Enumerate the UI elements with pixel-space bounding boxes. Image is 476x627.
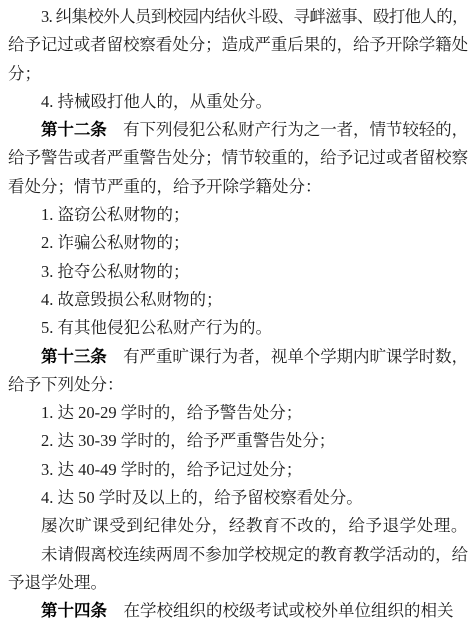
line-text: 3. 达 40-49 学时的，给予记过处分； xyxy=(41,460,302,479)
line-text: 未请假离校连续两周不参加学校规定的教育教学活动的，给 xyxy=(41,545,468,564)
text-line: 3. 纠集校外人员到校园内结伙斗殴、寻衅滋事、殴打他人的， xyxy=(8,3,468,31)
line-text: 分； xyxy=(8,64,41,83)
line-text: 5. 有其他侵犯公私财产行为的。 xyxy=(41,318,272,337)
article-heading-line: 第十二条 有下列侵犯公私财产行为之一者，情节较轻的， xyxy=(8,116,468,144)
line-text: 3. 抢夺公私财物的； xyxy=(41,262,190,281)
article-heading-line: 第十三条 有严重旷课行为者，视单个学期内旷课学时数， xyxy=(8,343,468,371)
line-text: 4. 达 50 学时及以上的，给予留校察看处分。 xyxy=(41,488,363,507)
text-line: 1. 达 20-29 学时的，给予警告处分； xyxy=(8,399,468,427)
text-line: 给予警告或者严重警告处分；情节较重的，给予记过或者留校察 xyxy=(8,144,468,172)
text-line: 看处分；情节严重的，给予开除学籍处分： xyxy=(8,173,468,201)
document-page: 3. 纠集校外人员到校园内结伙斗殴、寻衅滋事、殴打他人的，给予记过或者留校察看处… xyxy=(0,0,476,627)
text-line: 3. 抢夺公私财物的； xyxy=(8,258,468,286)
line-text: 4. 持械殴打他人的，从重处分。 xyxy=(41,92,272,111)
text-line: 1. 盗窃公私财物的； xyxy=(8,201,468,229)
text-line: 屡次旷课受到纪律处分，经教育不改的，给予退学处理。 xyxy=(8,512,468,540)
line-text: 2. 诈骗公私财物的； xyxy=(41,233,190,252)
article-number-bold: 第十三条 xyxy=(41,347,107,366)
document-body: 3. 纠集校外人员到校园内结伙斗殴、寻衅滋事、殴打他人的，给予记过或者留校察看处… xyxy=(0,0,476,626)
text-line: 4. 达 50 学时及以上的，给予留校察看处分。 xyxy=(8,484,468,512)
line-text: 予退学处理。 xyxy=(8,573,107,592)
line-text: 有严重旷课行为者，视单个学期内旷课学时数， xyxy=(107,347,468,366)
line-text: 给予下列处分： xyxy=(8,375,124,394)
text-line: 2. 诈骗公私财物的； xyxy=(8,229,468,257)
line-text: 4. 故意毁损公私财物的； xyxy=(41,290,223,309)
text-line: 予退学处理。 xyxy=(8,569,468,597)
text-line: 5. 有其他侵犯公私财产行为的。 xyxy=(8,314,468,342)
text-line: 4. 故意毁损公私财物的； xyxy=(8,286,468,314)
line-text: 1. 达 20-29 学时的，给予警告处分； xyxy=(41,403,302,422)
line-text: 在学校组织的校级考试或校外单位组织的相关 xyxy=(107,601,454,620)
text-line: 4. 持械殴打他人的，从重处分。 xyxy=(8,88,468,116)
line-text: 有下列侵犯公私财产行为之一者，情节较轻的， xyxy=(107,120,468,139)
line-text: 2. 达 30-39 学时的，给予严重警告处分； xyxy=(41,431,335,450)
text-line: 3. 达 40-49 学时的，给予记过处分； xyxy=(8,456,468,484)
line-text: 屡次旷课受到纪律处分，经教育不改的，给予退学处理。 xyxy=(41,516,468,535)
text-line: 给予记过或者留校察看处分；造成严重后果的，给予开除学籍处 xyxy=(8,31,468,59)
line-text: 给予记过或者留校察看处分；造成严重后果的，给予开除学籍处 xyxy=(8,35,468,54)
article-number-bold: 第十二条 xyxy=(41,120,107,139)
article-heading-line: 第十四条 在学校组织的校级考试或校外单位组织的相关 xyxy=(8,597,468,625)
text-line: 2. 达 30-39 学时的，给予严重警告处分； xyxy=(8,427,468,455)
line-text: 1. 盗窃公私财物的； xyxy=(41,205,190,224)
article-number-bold: 第十四条 xyxy=(41,601,107,620)
text-line: 未请假离校连续两周不参加学校规定的教育教学活动的，给 xyxy=(8,541,468,569)
line-text: 看处分；情节严重的，给予开除学籍处分： xyxy=(8,177,322,196)
line-text: 3. 纠集校外人员到校园内结伙斗殴、寻衅滋事、殴打他人的， xyxy=(41,7,468,26)
line-text: 给予警告或者严重警告处分；情节较重的，给予记过或者留校察 xyxy=(8,148,468,167)
text-line: 给予下列处分： xyxy=(8,371,468,399)
text-line: 分； xyxy=(8,60,468,88)
